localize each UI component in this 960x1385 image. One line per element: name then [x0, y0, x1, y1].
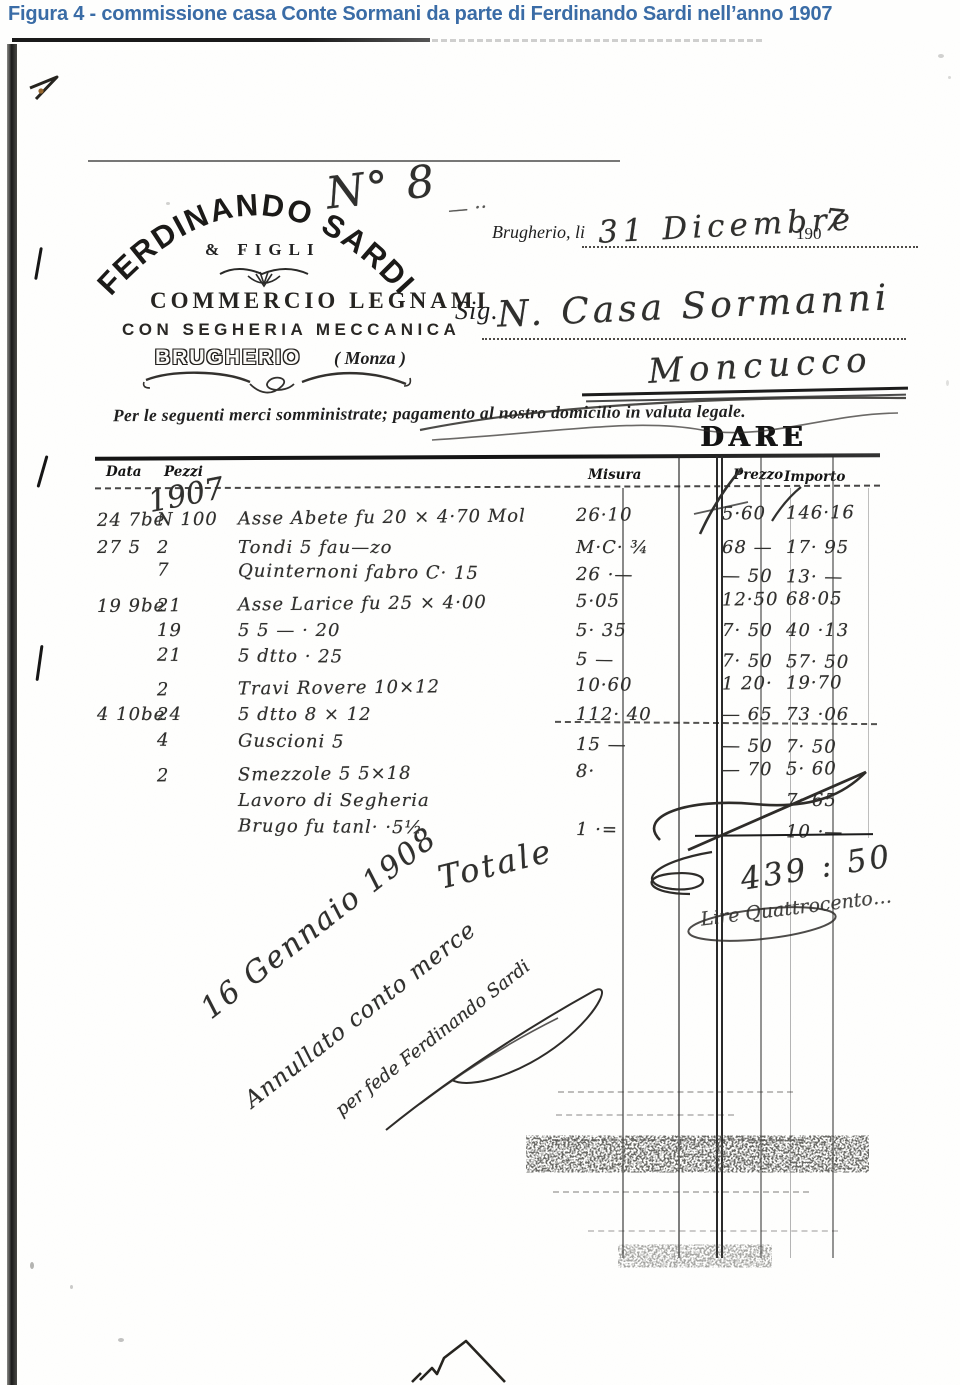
scan-artifact: [948, 76, 951, 79]
scan-artifact: [946, 380, 949, 386]
scan-artifact: [70, 1285, 73, 1289]
pen-flourish-overlay: [0, 0, 960, 1385]
smudge-band: [575, 1141, 820, 1167]
scan-artifact: [938, 54, 944, 58]
scan-grain: [0, 40, 960, 1385]
scanned-invoice-page: Figura 4 - commissione casa Conte Sorman…: [0, 0, 960, 1385]
scan-artifact: [118, 1338, 124, 1342]
scan-artifact: [30, 1262, 34, 1269]
smudge-band: [640, 1248, 750, 1264]
scan-artifact: [166, 202, 170, 205]
